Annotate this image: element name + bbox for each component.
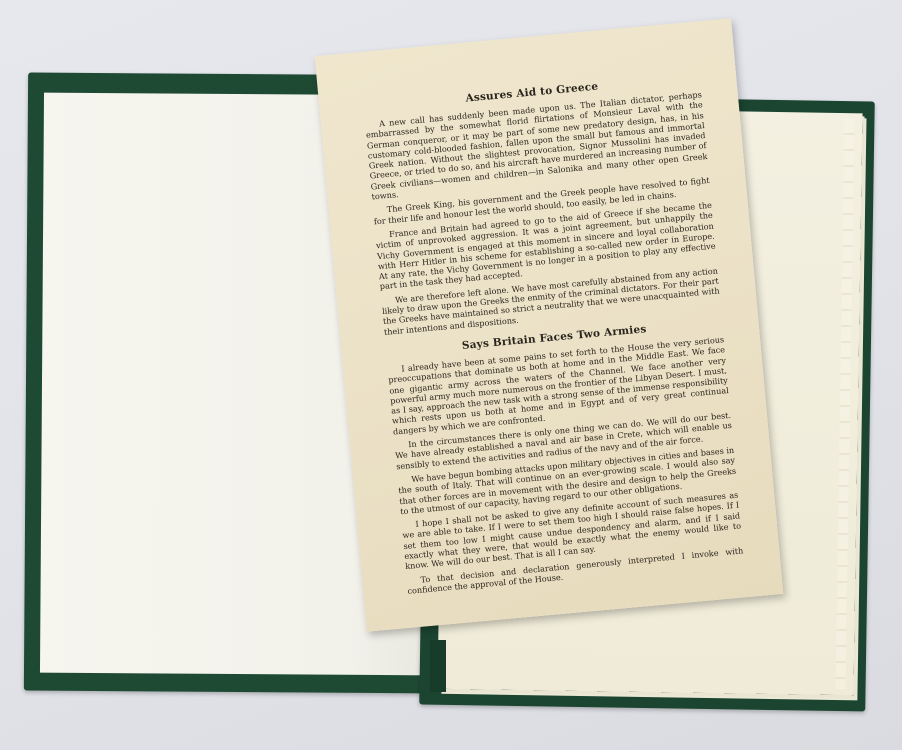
- binder-spine: [430, 640, 446, 692]
- leaflet-page: Assures Aid to Greece A new call has sud…: [315, 18, 784, 632]
